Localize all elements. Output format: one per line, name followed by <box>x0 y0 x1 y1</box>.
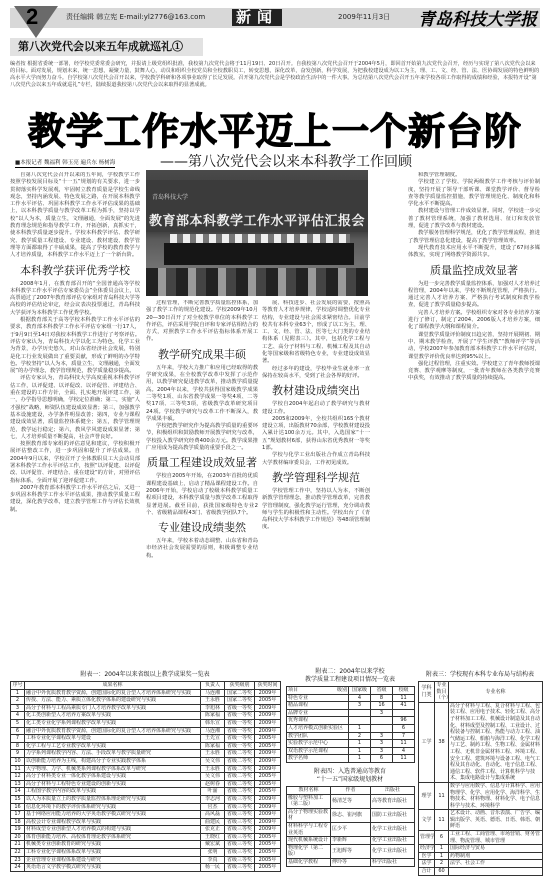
column-header: 国家级 <box>349 687 371 695</box>
table-cell: 2005年 <box>255 742 281 750</box>
table-cell: 吴文伟 <box>201 757 225 765</box>
table-cell: 化学工程与工艺专业教学改革与实践 <box>25 742 201 750</box>
table-cell: 2009年 <box>255 765 281 773</box>
table-cell: 省级二等奖 <box>225 765 255 773</box>
table-cell: 工学 <box>419 702 435 782</box>
table-row: 9力学系列课程教学内容、方法、手段改革与教学质量研究王永胜省级二等奖2009年 <box>11 750 281 758</box>
table-cell: 双语教学示范课程 <box>287 747 349 755</box>
table-cell: 戴宏斌 <box>201 841 225 849</box>
table-row: 22工科专业化学课程体系改革与实践张明省级三等奖2005年 <box>11 849 281 857</box>
table-cell: 2009年 <box>255 795 281 803</box>
table-cell: 11 <box>393 694 415 702</box>
section-heading: 本科教学获评优秀学校 <box>10 264 140 278</box>
table-row: 19材料成型专业创新型人才培养模式的构建与实践张克正省级三等奖2009年 <box>11 826 281 834</box>
article-column-1: 自第八次党代会召开以来的五年间，学校教学工作按照学校发展目标及“十一五”规划的有… <box>10 172 140 667</box>
column-header: 序号 <box>11 682 25 690</box>
textbooks-table: 教材名称 作者 出版社 橡胶与塑料加工（第二版）杨清芝等高等教育出版社高分子物理… <box>286 786 415 867</box>
table-cell: 工科专业化学课程改革与建设 <box>25 735 201 743</box>
table-cell <box>393 709 415 717</box>
table-cell: 融合中外优质教育教学资源，创建国际化的复合型人才培养体系研究与实践 <box>25 689 201 697</box>
table-row: 7工科专业化学课程改革与建设王先宣省级一等奖2005年 <box>11 735 281 743</box>
table-cell: 4 <box>11 712 25 720</box>
table-cell: 高等教育出版社 <box>371 794 415 808</box>
table-cell: 4 <box>349 694 371 702</box>
table-row: 高分子物理实验教材徐志、崔河旗国防工业出版社 <box>287 808 415 822</box>
table-cell: 省级一等奖 <box>225 712 255 720</box>
table-cell: 特色专业 <box>287 694 349 702</box>
table-cell: 工业工程、工商管理、市场营销、财务管理、物流管理、城市管理 <box>449 831 543 845</box>
table-cell: 材料成型专业创新型人才培养模式的构建与实践 <box>25 826 201 834</box>
table-cell: 省级三等奖 <box>225 849 255 857</box>
table-cell: 以创新能力培养为主线，构建高分子专业实践教学体系 <box>25 757 201 765</box>
table-cell: 19 <box>11 826 25 834</box>
caption-line: 教学质量工程建设项目情况一览表 <box>286 676 414 684</box>
teaching-awards-table: 序号 成果名称 负责人 获奖级别 获奖时间 1融合中外优质教育教学资源，创建国际… <box>10 681 281 872</box>
table-cell: 6 <box>393 724 415 732</box>
table-row: 8化学工程与工艺专业教学改革与实践陈家福省级一等奖2005年 <box>11 742 281 750</box>
table-row: 管理学6工业工程、工商管理、市场营销、财务管理、物流管理、城市管理 <box>419 831 543 845</box>
section-heading: 专业建设成绩斐然 <box>146 521 258 535</box>
column-header: 学科门类 <box>419 682 435 703</box>
table-cell: 15 <box>11 795 25 803</box>
table-cell <box>449 868 543 876</box>
table-cell: 高分子材料与工程高素质专门人才培养教学改革与实践 <box>25 704 201 712</box>
subheadline: ——第八次党代会以来本科教学工作回顾 <box>160 151 412 171</box>
table-cell: 教学团队 <box>287 732 349 740</box>
article-column-2: 过程管理，不断完善教学质量监控体系，加强了教学工作的规范化建设。学校2009年1… <box>146 300 258 665</box>
table-row: 16信息化环境下的教学评价体系研究与实践官杰省级三等奖2009年 <box>11 803 281 811</box>
table-cell: 96 <box>393 717 415 725</box>
table-cell: 教学名师 <box>287 755 349 763</box>
table-row: 合计60 <box>419 868 543 876</box>
table-cell: 橡胶与塑料加工（第二版） <box>287 794 331 808</box>
table-cell: 传授、方法、能力、素质立体化教学体系的建设研究与实践 <box>25 697 201 705</box>
caption-line: 附表二：2004年以来学校 <box>286 668 414 676</box>
section-heading: 教学研究成果丰硕 <box>146 348 258 362</box>
table-cell: 吴文伟 <box>201 773 225 781</box>
paragraph: 展、科技进步、社会发展的需要，按照高等教育人才培养规律，学校适时调整优化专业结构… <box>262 300 370 366</box>
table-cell: 省级三等奖 <box>225 841 255 849</box>
table-row: 工学38高分子材料与工程、复合材料与工程、包装工程、应用电子技术、轻化工程、高分… <box>419 702 543 782</box>
table-cell: 2009年 <box>255 811 281 819</box>
table-cell: 国防工业出版社 <box>371 808 415 822</box>
table-cell: 工程图学教学内容的改革与实践 <box>25 788 201 796</box>
table-cell: 2005年 <box>255 849 281 857</box>
table-cell: 22 <box>11 849 25 857</box>
series-banner: 第八次党代会以来五年成就巡礼① <box>10 38 203 56</box>
table1-caption: 附表一：2004年以来省级以上教学成果奖一览表 <box>10 671 280 679</box>
table-cell: 高分子材料与工程、复合材料与工程、包装工程、应用电子技术、轻化工程、高分子材料加… <box>449 702 543 782</box>
section-title: 新闻 <box>232 9 282 26</box>
paragraph: 学校与化学工业出版社合作成立青岛科技大学教材编审委员会，工作初见成效。 <box>262 452 370 467</box>
table-cell: 高分子材料与工程特色专业建设的创新与实践 <box>25 780 201 788</box>
table-cell: 省级二等奖 <box>225 788 255 796</box>
table-cell: 杨清芝等 <box>331 794 371 808</box>
table-cell: 张明 <box>201 849 225 857</box>
table-cell: 2005年 <box>255 773 281 781</box>
paragraph: 2007年教育部本科教学工作水平评估之后，又进一步巩固本科教学工作水平评估成果，… <box>10 485 140 514</box>
table-cell: 王晓红 <box>201 833 225 841</box>
table-cell: 3 <box>349 702 371 710</box>
table-cell: 机械类专业创新教育的研究与实践 <box>25 841 201 849</box>
table4-caption: 附表三：学校现有本科专业布局与结构表 <box>418 671 542 679</box>
paragraph: 学校管理工作中，坚持以人为本，不断创新教学管理理念，推动教学管理改革，完善教学管… <box>262 488 370 532</box>
paragraph: 自第八次党代会召开以来的五年间，学校教学工作按照学校发展目标及“十一五”规划的有… <box>10 172 140 260</box>
table-header-row: 项目 级别 国家级 省级 校级 <box>287 687 415 695</box>
column-header: 校级 <box>393 687 415 695</box>
table-cell <box>349 717 371 725</box>
table-cell: 现代机械系统设计 <box>287 837 331 845</box>
table-cell: 品牌专业 <box>287 709 349 717</box>
table-cell: 英语语言文学教学模式研究与实践 <box>25 864 201 872</box>
table-cell: 9 <box>11 750 25 758</box>
table-row: 5化工类专业化学系列课程教学改革与实践韩乐宣省级一等奖2009年 <box>11 719 281 727</box>
table-row: 21机械类专业创新教育的研究与实践戴宏斌省级三等奖2005年 <box>11 841 281 849</box>
column-header: 出版社 <box>371 787 415 795</box>
paragraph: 2005和2009年，全校共组织165个教材建设立项，出版教材70余部，学校教材… <box>262 416 370 452</box>
table-row: 双语教学示范课程134 <box>287 747 415 755</box>
column-header: 负责人 <box>201 682 225 690</box>
table-cell: 省级一等奖 <box>225 742 255 750</box>
paragraph: 现代教育技术应用水平不断提升，建设了67间多媒体教室，实现了网络教学资源共享。 <box>408 245 540 260</box>
table-cell: 大学物理、力学、机械类系列课程教学体系改革与研究 <box>25 765 201 773</box>
table-cell: 数学与应用数学、信息与计算科学、应用物理学、化学、应用化学、海洋科学、生物技术、… <box>449 782 543 809</box>
table-cell: 国际经济与贸易 <box>449 845 543 853</box>
table-row: 2传授、方法、能力、素质立体化教学体系的建设研究与实践王永胜国家二等奖2005年 <box>11 697 281 705</box>
paragraph: 按照教育部专家组的评估意见和建议，学校积极开展评估整改工作，进一步巩固和提升了评… <box>10 441 140 485</box>
table-cell: 国家二等奖 <box>225 697 255 705</box>
table-cell: 38 <box>435 702 449 782</box>
table-cell: 省级三等奖 <box>225 811 255 819</box>
table-cell: 医学 <box>419 852 435 860</box>
table-cell: 12 <box>11 773 25 781</box>
table-cell <box>371 724 393 732</box>
table-row: 10以创新能力培养为主线，构建高分子专业实践教学体系吴文伟省级二等奖2009年 <box>11 757 281 765</box>
table-row: 教学团队237 <box>287 732 415 740</box>
table-cell: 化工类创新型人才培养方案改革与实践 <box>25 712 201 720</box>
column-header: 获奖时间 <box>255 682 281 690</box>
paragraph: 完善人才培养方案。学校组织专家对各专业培养方案进行了修订，制定了2004、200… <box>408 310 540 332</box>
column-header: 专业名称 <box>449 682 543 703</box>
paragraph: 教材建设与管理工作成效显著。同时，学校进一步完善了教材管理系统，加强了教材选用、… <box>408 208 540 230</box>
paragraph: 强化过程管理，注重实效。学校建立了青年教师授课竞赛、教学观摩等制度，一批青年教师… <box>408 361 540 383</box>
table-cell: 艺术设计、动画、音乐表演、广告学、编辑出版学、英语、德语、日语、韩语、朝鲜语 <box>449 810 543 831</box>
table-cell: 化学工业出版社 <box>371 837 415 845</box>
table-row: 23企业管理专业课程体系建设与研究李真省级三等奖2005年 <box>11 856 281 864</box>
table-cell: 1 <box>435 845 449 853</box>
quality-projects-table: 项目 级别 国家级 省级 校级 特色专业4811精品课程31641品牌专业3优秀… <box>286 686 415 763</box>
table-cell: 3 <box>371 732 393 740</box>
table-cell: 23 <box>11 856 25 864</box>
table-cell: 徐志、崔河旗 <box>331 808 371 822</box>
paragraph: 过程管理，不断完善教学质量监控体系，加强了教学工作的规范化建设。学校2009年1… <box>146 300 258 344</box>
table-cell: 省级二等奖 <box>225 757 255 765</box>
table-cell: 60 <box>435 868 449 876</box>
table-cell: 省级三等奖 <box>225 864 255 872</box>
table3-caption: 附表四：入选普通高等教育 “十一五”国家级规划教材 <box>286 768 414 784</box>
table-cell: 省级一等奖 <box>225 727 255 735</box>
table-row: 1融合中外优质教育教学资源，创建国际化的复合型人才培养体系研究与实践马连湘国家二… <box>11 689 281 697</box>
table-cell: 信息化环境下的教学评价体系研究与实践 <box>25 803 201 811</box>
table-cell: 1 <box>435 852 449 860</box>
table-cell: 体育创新能力培养、高校体育理论教学体系研究 <box>25 833 201 841</box>
table-row: 教学名师1611 <box>287 755 415 763</box>
column-header: 项目 级别 <box>287 687 349 695</box>
table-cell: 10 <box>11 757 25 765</box>
table-cell: 2009年 <box>255 818 281 826</box>
table-cell: 14 <box>11 788 25 796</box>
paragraph: 经过多年的建设，学校毕业生就业率一直保持在较高水平，受到了社会各界的好评。 <box>262 366 370 381</box>
table-cell: 匡少平 <box>331 822 371 836</box>
column-header: 获奖级别 <box>225 682 255 690</box>
table-header-row: 序号 成果名称 负责人 获奖级别 获奖时间 <box>11 682 281 690</box>
table-cell: 文学 <box>419 810 435 831</box>
table-row: 物理化学（第二版）王旭辉等化学工业出版社 <box>287 844 415 858</box>
table-cell: 2009年 <box>255 719 281 727</box>
table-cell: 法学、社会工作 <box>449 860 543 868</box>
byline: ■本报记者 魏福利 韩玉亮 遍兵东 杨树海 <box>15 158 115 168</box>
column-header: 专业数目（个） <box>435 682 449 703</box>
headline: 教学工作水平迈上一个新台阶 <box>0 101 550 155</box>
table-cell: 1 <box>349 724 371 732</box>
table-row: 材料科学与工程专业英语匡少平化学工业出版社 <box>287 822 415 836</box>
table-cell: 李真 <box>201 856 225 864</box>
table-cell: 合计 <box>419 868 435 876</box>
issue-date: 2009年11月3日 <box>338 12 390 22</box>
table-cell: 2 <box>349 732 371 740</box>
table-row: 实验教学示范中心1311 <box>287 740 415 748</box>
table-cell: 2009年 <box>255 803 281 811</box>
table-cell: 马连湘 <box>201 689 225 697</box>
table-cell: 2005年 <box>255 856 281 864</box>
table-cell: 1 <box>349 740 371 748</box>
photo-logo: 青岛科技大学 <box>152 192 188 201</box>
table-cell: 省级三等奖 <box>225 833 255 841</box>
table-cell: 2009年 <box>255 727 281 735</box>
table-cell: 2005年 <box>255 833 281 841</box>
article-column-4: 和教学管理制度。 学校建立了学校、学院两级教学工作考核与评价制度，坚持开展了领导… <box>408 172 540 665</box>
table-cell: 赵树春 <box>201 780 225 788</box>
table-cell <box>349 709 371 717</box>
column-header: 成果名称 <box>25 682 201 690</box>
table-row: 医学1药物制剂 <box>419 852 543 860</box>
table-row: 人才培养模式创新实验区16 <box>287 724 415 732</box>
table-row: 24英语语言文学教学模式研究与实践杨一民省级三等奖2005年 <box>11 864 281 872</box>
table-row: 品牌专业3 <box>287 709 415 717</box>
caption-line: 附表四：入选普通高等教育 <box>286 768 414 776</box>
article-column-3: 展、科技进步、社会发展的需要，按照高等教育人才培养规律，学校适时调整优化专业结构… <box>262 300 370 665</box>
section-heading: 教学管理科学规范 <box>262 471 370 485</box>
table-cell: 11 <box>435 810 449 831</box>
table-cell: 2009年 <box>255 712 281 720</box>
table-cell: 高风磊 <box>201 811 225 819</box>
section-heading: 质量工程建设成效显著 <box>146 456 258 470</box>
table-cell: 20 <box>11 833 25 841</box>
table-cell: 基于网络应用能力培养的大学英语教学模式研究与实践 <box>25 811 201 819</box>
paragraph: 学校建立了学校、学院两级教学工作考核与评价制度，坚持开展了领导干部听课、课堂教学… <box>408 179 540 208</box>
column-header: 省级 <box>371 687 393 695</box>
table-cell: 王永胜 <box>201 697 225 705</box>
table-cell: 省级一等奖 <box>225 704 255 712</box>
table-cell: 以人为本质量立上的教学质量监控体系理论研究与实践 <box>25 795 201 803</box>
page-number: 2 <box>26 4 38 30</box>
table-cell: 11 <box>11 765 25 773</box>
table-cell: 1 <box>349 755 371 763</box>
table-cell: 王旭辉等 <box>331 844 371 858</box>
masthead: 青岛科技大学报 <box>418 5 537 30</box>
table-cell: 省级二等奖 <box>225 780 255 788</box>
table-cell: 法学 <box>419 860 435 868</box>
table-cell: 省级三等奖 <box>225 818 255 826</box>
table-cell: 实验教学示范中心 <box>287 740 349 748</box>
table-cell: 官杰 <box>201 803 225 811</box>
table-cell: 高分子物理实验教材 <box>287 808 331 822</box>
table-row: 3高分子材料与工程高素质专门人才培养教学改革与实践李旭林省级一等奖2009年 <box>11 704 281 712</box>
table-cell: 4 <box>393 747 415 755</box>
column-header: 作者 <box>331 787 371 795</box>
table-cell: 2009年 <box>255 689 281 697</box>
table-cell: 省级二等奖 <box>225 773 255 781</box>
table2-caption: 附表二：2004年以来学校 教学质量工程建设项目情况一览表 <box>286 668 414 684</box>
table-cell: 1 <box>349 747 371 755</box>
table-cell: 高校会计专业课程教学改革与实践 <box>25 818 201 826</box>
paragraph: 评估专家认为，青岛科技大学高度重视本科教学评估工作，以评促建、以评促改、以评促管… <box>10 375 140 441</box>
table-cell: 张克正 <box>201 826 225 834</box>
table-cell: 融合中外优质教育教学资源，创建国际化的复合型人才培养体系研究与实践 <box>25 727 201 735</box>
table-row: 法学2法学、社会工作 <box>419 860 543 868</box>
table-header-row: 教材名称 作者 出版社 <box>287 787 415 795</box>
table-cell: 力学系列课程教学内容、方法、手段改革与教学质量研究 <box>25 750 201 758</box>
table-cell: 韩乐宣 <box>201 719 225 727</box>
table-cell: 省级一等奖 <box>225 719 255 727</box>
photo-audience <box>146 268 368 296</box>
table-cell: 叶渝 <box>201 788 225 796</box>
table-cell: 11 <box>393 740 415 748</box>
table-cell: 物理化学（第二版） <box>287 844 331 858</box>
table-row: 橡胶与塑料加工（第二版）杨清芝等高等教育出版社 <box>287 794 415 808</box>
editor-info: 责任编辑 韩立宪 E-mail:yl2776@163.com <box>66 12 205 22</box>
table-cell: 2 <box>435 860 449 868</box>
paragraph: 根据教育部关于高等学校本科教学工作水平评估的要求，教育部本科教学工作水平评估专家… <box>10 317 140 375</box>
table-row: 经济学1国际经济与贸易 <box>419 845 543 853</box>
table-cell: 傅玲等 <box>331 858 371 866</box>
table-cell: 省级三等奖 <box>225 826 255 834</box>
table-row: 优秀课程96 <box>287 717 415 725</box>
paragraph: 为进一步完善教学质量监控体系，加强对人才培养过程管理，2004年以来，学校不断规… <box>408 281 540 310</box>
table-cell: 杨一民 <box>201 864 225 872</box>
table-cell: 省级三等奖 <box>225 803 255 811</box>
table-row: 20体育创新能力培养、高校体育理论教学体系研究王晓红省级三等奖2005年 <box>11 833 281 841</box>
table-cell: 李志河 <box>201 795 225 803</box>
photo-banner-text: 教育部本科教学工作水平评估汇报会 <box>146 210 368 229</box>
table-cell: 41 <box>393 702 415 710</box>
table-row: 12高分子材料类专业一体化教学体系建设与实践吴文伟省级二等奖2005年 <box>11 773 281 781</box>
paragraph: 课堂教学质量评价制度日趋完善，坚持开展期初、期中、期末教学检查，开展了“学生评教… <box>408 332 540 361</box>
table-row: 6融合中外优质教育教学资源，创建国际化的复合型人才培养体系研究与实践马连湘省级一… <box>11 727 281 735</box>
table-row: 17基于网络应用能力培养的大学英语教学模式研究与实践高风磊省级三等奖2009年 <box>11 811 281 819</box>
table-cell: 王先宣 <box>201 735 225 743</box>
table-cell: 曲建民 <box>201 818 225 826</box>
table-row: 精品课程31641 <box>287 702 415 710</box>
paragraph: 学校自2005年开始，在2003年首批的优质课程建设基础上，启动了精品课程建设工… <box>146 473 258 517</box>
table-cell: 3 <box>371 747 393 755</box>
table-cell: 11 <box>435 782 449 809</box>
table-cell: 2 <box>11 697 25 705</box>
caption-line: “十一五”国家级规划教材 <box>286 776 414 784</box>
table-cell: 材料科学与工程专业英语 <box>287 822 331 836</box>
table-cell: 13 <box>11 780 25 788</box>
table-cell: 王永胜 <box>201 750 225 758</box>
table-cell: 工科专业化学课程体系改革与实践 <box>25 849 201 857</box>
table-cell: 马连湘 <box>201 727 225 735</box>
table-cell: 2005年 <box>255 864 281 872</box>
table-cell: 国家二等奖 <box>225 689 255 697</box>
paragraph: 学校自2004年起启动了教学研究与教材建设工作。 <box>262 401 370 416</box>
table-header-row: 学科门类 专业数目（个） 专业名称 <box>419 682 543 703</box>
column-header: 教材名称 <box>287 787 331 795</box>
table-row: 13高分子材料与工程特色专业建设的创新与实践赵树春省级二等奖2005年 <box>11 780 281 788</box>
photo-rostrum <box>164 243 354 265</box>
table-cell: 2009年 <box>255 757 281 765</box>
table-cell: 管理学 <box>419 831 435 845</box>
table-cell: 3 <box>371 709 393 717</box>
table-cell: 6 <box>11 727 25 735</box>
table-cell: 3 <box>371 740 393 748</box>
table-cell: 2009年 <box>255 704 281 712</box>
paragraph: 五年来，学校本着动态调整、山东省和青岛市经济社会发展需要的原则，积极调整专业结构… <box>146 538 258 560</box>
table-cell: 理学 <box>419 782 435 809</box>
table-cell: 王永胜 <box>201 765 225 773</box>
table-cell: 18 <box>11 818 25 826</box>
table-cell: 李旭林 <box>201 704 225 712</box>
table-row: 文学11艺术设计、动画、音乐表演、广告学、编辑出版学、英语、德语、日语、韩语、朝… <box>419 810 543 831</box>
table-cell: 5 <box>11 719 25 727</box>
table-cell: 2005年 <box>255 841 281 849</box>
table-row: 特色专业4811 <box>287 694 415 702</box>
table-row: 15以人为本质量立上的教学质量监控体系理论研究与实践李志河省级三等奖2009年 <box>11 795 281 803</box>
table-cell: 3 <box>11 704 25 712</box>
paragraph: 学校把教学研究作为提高教学质量的重要环节，积极组织和鼓励教师开展教学研究与改革，… <box>146 423 258 452</box>
table-cell: 16 <box>11 803 25 811</box>
table-cell: 化学工业出版社 <box>371 822 415 836</box>
table-cell: 2009年 <box>255 750 281 758</box>
table-cell: 8 <box>11 742 25 750</box>
table-cell: 省级三等奖 <box>225 856 255 864</box>
conference-photo: 青岛科技大学 教育部本科教学工作水平评估汇报会 <box>146 170 368 296</box>
table-cell: 经济学 <box>419 845 435 853</box>
table-cell: 省级二等奖 <box>225 750 255 758</box>
table-cell: 7 <box>11 735 25 743</box>
majors-structure-table: 学科门类 专业数目（个） 专业名称 工学38高分子材料与工程、复合材料与工程、包… <box>418 681 543 876</box>
table-cell: 省级三等奖 <box>225 795 255 803</box>
table-cell: 省级一等奖 <box>225 735 255 743</box>
table-cell: 药物制剂 <box>449 852 543 860</box>
table-cell: 科学出版社 <box>371 858 415 866</box>
table-cell: 21 <box>11 841 25 849</box>
table-cell: 2005年 <box>255 735 281 743</box>
table-cell: 6 <box>435 831 449 845</box>
table-cell: 16 <box>371 702 393 710</box>
table-cell: 高分子材料类专业一体化教学体系建设与实践 <box>25 773 201 781</box>
table-row: 14工程图学教学内容的改革与实践叶渝省级二等奖2005年 <box>11 788 281 796</box>
table-cell: 1 <box>11 689 25 697</box>
table-cell: 8 <box>371 694 393 702</box>
table-cell: 优秀课程 <box>287 717 349 725</box>
editor-note: 编者按 根据省委统一部署，经学校党委常委会研究，并报请上级党组织批准，我校第九次… <box>10 61 540 89</box>
table-row: 基础化学教程傅玲等科学出版社 <box>287 858 415 866</box>
table-cell: 企业管理专业课程体系建设与研究 <box>25 856 201 864</box>
table-cell: 11 <box>393 755 415 763</box>
